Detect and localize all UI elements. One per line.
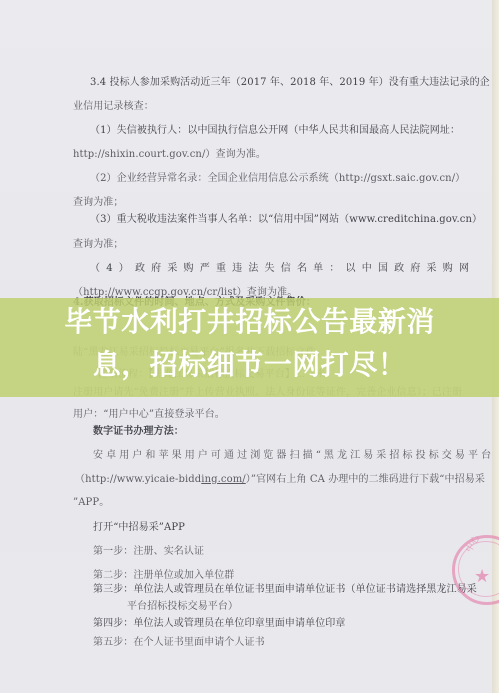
doc-line-item-3: （3）重大税收违法案件当事人名单：以“信用中国”网站（www.creditchi…: [90, 210, 482, 225]
doc-step-5: 第五步：在个人证书里面申请个人证书: [93, 633, 265, 648]
doc-step-2: 第二步：注册单位或加入单位群: [93, 566, 234, 581]
headline-title-line-1: 毕节水利打井招标公告最新消: [0, 300, 499, 343]
doc-line-url: （http://www.yicaie-bidding.com/）”官网右上角 C…: [75, 470, 485, 485]
doc-step-1: 第一步：注册、实名认证: [93, 542, 204, 557]
url-text: （http://www.yicaie-bidd: [75, 474, 201, 485]
url-suffix: ）”官网右上角 CA 办理中的二维码进行下载“中招易采: [246, 474, 485, 485]
doc-line: ”APP。: [73, 493, 109, 508]
doc-line: 查询为准；: [73, 193, 124, 208]
doc-line: 查询为准；: [73, 235, 124, 250]
star-icon: ★: [474, 566, 490, 587]
doc-line: 业信用记录核查：: [73, 97, 154, 112]
doc-step-3: 第三步：单位法人或管理员在单位证书里面申请单位证书（单位证书请选择黑龙江易采: [93, 580, 477, 595]
doc-step-4: 第四步：单位法人或管理员在单位印章里面申请单位印章: [93, 614, 346, 629]
doc-line-open-app: 打开“中招易采”APP: [93, 518, 185, 533]
doc-heading-certificate: 数字证书办理方法：: [93, 422, 184, 437]
doc-line: http://shixin.court.gov.cn/）查询为准。: [73, 145, 266, 160]
url-link[interactable]: ing.com/: [201, 474, 246, 485]
doc-step-3-cont: 平台招标投标交易平台）: [127, 597, 238, 612]
doc-line-3-4: 3.4 投标人参加采购活动近三年（2017 年、2018 年、2019 年）没有…: [90, 73, 490, 88]
headline-title: 毕节水利打井招标公告最新消 息，招标细节一网打尽！: [0, 300, 499, 386]
doc-line: 安卓用户和苹果用户可通过浏览器扫描“黑龙江易采招标投标交易平台: [93, 446, 494, 461]
doc-line-item-2: （2）企业经营异常名录：全国企业信用信息公示系统（http://gsxt.sai…: [90, 169, 465, 184]
doc-line: 用户：“用户中心”直接登录平台。: [73, 405, 225, 420]
doc-line-item-4: （4）政府采购严重违法失信名单：以中国政府采购网: [90, 259, 475, 274]
headline-title-line-2: 息，招标细节一网打尽！: [0, 343, 499, 386]
doc-line-item-1: （1）失信被执行人：以中国执行信息公开网（中华人民共和国最高人民法院网址：: [90, 121, 460, 136]
